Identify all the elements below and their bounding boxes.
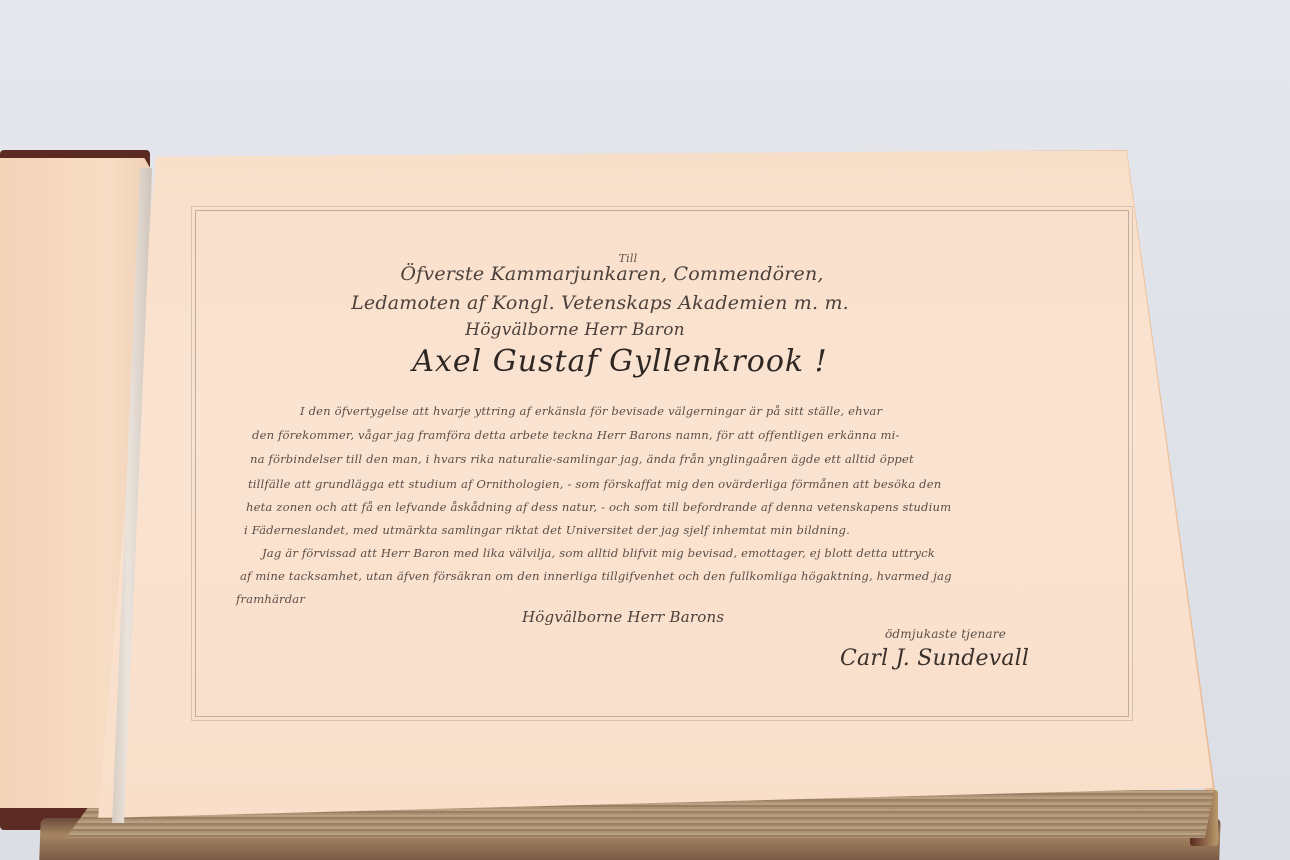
body-line: na förbindelser till den man, i hvars ri… <box>250 452 914 466</box>
body-line: Jag är förvissad att Herr Baron med lika… <box>262 546 935 560</box>
honorific: Högvälborne Herr Baron <box>465 320 685 340</box>
body-line: framhärdar <box>236 592 305 606</box>
body-line: heta zonen och att få en lefvande åskådn… <box>246 500 951 514</box>
body-line: I den öfvertygelse att hvarje yttring af… <box>300 404 882 418</box>
body-line: i Fäderneslandet, med utmärkta samlingar… <box>244 523 850 537</box>
closing: Högvälborne Herr Barons <box>522 608 724 626</box>
book-photo: Till Öfverste Kammarjunkaren, Commendöre… <box>0 0 1290 860</box>
body-line: den förekommer, vågar jag framföra detta… <box>252 428 900 442</box>
body-line: af mine tacksamhet, utan äfven försäkran… <box>240 569 952 583</box>
title-line-1: Öfverste Kammarjunkaren, Commendören, <box>400 263 823 285</box>
title-line-2: Ledamoten af Kongl. Vetenskaps Akademien… <box>351 292 849 314</box>
recipient-name: Axel Gustaf Gyllenkrook ! <box>412 344 827 379</box>
signature: Carl J. Sundevall <box>840 646 1029 671</box>
valediction: ödmjukaste tjenare <box>885 627 1006 641</box>
body-line: tillfälle att grundlägga ett studium af … <box>248 477 941 491</box>
